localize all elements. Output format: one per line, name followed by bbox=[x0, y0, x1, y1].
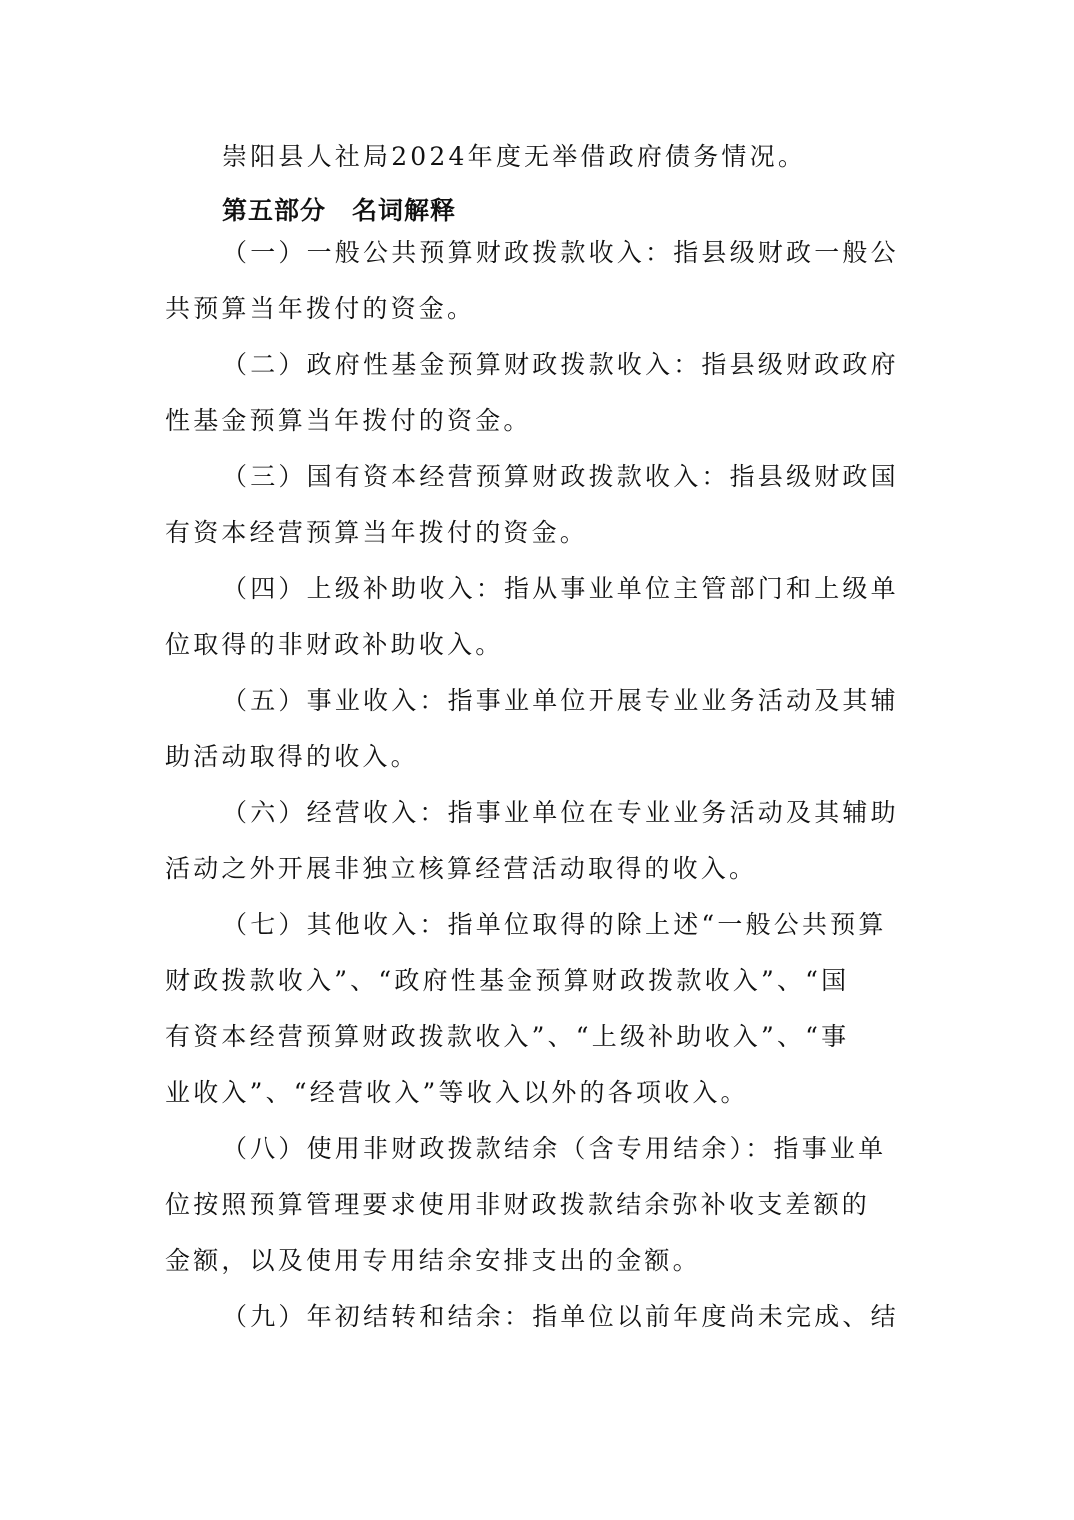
intro-line: 崇阳县人社局2024年度无举借政府债务情况。 bbox=[222, 142, 806, 172]
text-line: （五）事业收入：指事业单位开展专业业务活动及其辅 bbox=[222, 686, 899, 716]
text-line: 助活动取得的收入。 bbox=[165, 742, 419, 772]
section-heading: 第五部分 名词解释 bbox=[222, 196, 456, 226]
text-line: 共预算当年拨付的资金。 bbox=[165, 294, 475, 324]
text-line: （七）其他收入：指单位取得的除上述“一般公共预算 bbox=[222, 910, 887, 940]
text-line: 位按照预算管理要求使用非财政拨款结余弥补收支差额的 bbox=[165, 1190, 870, 1220]
text-line: （二）政府性基金预算财政拨款收入：指县级财政政府 bbox=[222, 350, 899, 380]
text-line: 位取得的非财政补助收入。 bbox=[165, 630, 503, 660]
text-line: （一）一般公共预算财政拨款收入：指县级财政一般公 bbox=[222, 238, 899, 268]
text-line: （八）使用非财政拨款结余（含专用结余）：指事业单 bbox=[222, 1134, 886, 1164]
text-line: 金额，以及使用专用结余安排支出的金额。 bbox=[165, 1246, 701, 1276]
text-line: 性基金预算当年拨付的资金。 bbox=[165, 406, 532, 436]
text-line: 活动之外开展非独立核算经营活动取得的收入。 bbox=[165, 854, 757, 884]
text-line: 财政拨款收入”、“政府性基金预算财政拨款收入”、“国 bbox=[165, 966, 849, 996]
text-line: 有资本经营预算财政拨款收入”、“上级补助收入”、“事 bbox=[165, 1022, 849, 1052]
text-line: （九）年初结转和结余：指单位以前年度尚未完成、结 bbox=[222, 1302, 899, 1332]
text-line: （四）上级补助收入：指从事业单位主管部门和上级单 bbox=[222, 574, 899, 604]
text-line: 有资本经营预算当年拨付的资金。 bbox=[165, 518, 588, 548]
text-line: （六）经营收入：指事业单位在专业业务活动及其辅助 bbox=[222, 798, 899, 828]
text-line: （三）国有资本经营预算财政拨款收入：指县级财政国 bbox=[222, 462, 899, 492]
text-line: 业收入”、“经营收入”等收入以外的各项收入。 bbox=[165, 1078, 749, 1108]
